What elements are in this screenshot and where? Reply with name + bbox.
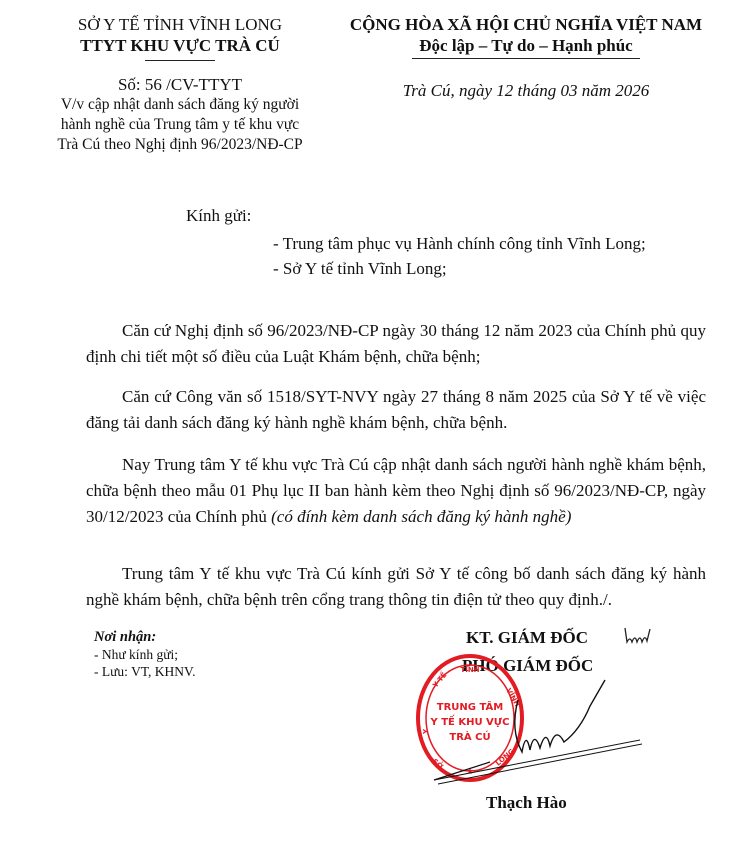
national-title: CỘNG HÒA XÃ HỘI CHỦ NGHĨA VIỆT NAM — [300, 14, 752, 35]
attachment-note: (có đính kèm danh sách đăng ký hành nghề… — [271, 507, 571, 526]
paragraph-update-notice: Nay Trung tâm Y tế khu vực Trà Cú cập nh… — [86, 452, 706, 530]
recipient-item: - Sở Y tế tỉnh Vĩnh Long; — [273, 256, 646, 281]
subject-line-2: hành nghề của Trung tâm y tế khu vực — [20, 115, 340, 135]
place-date: Trà Cú, ngày 12 tháng 03 năm 2026 — [300, 81, 752, 101]
signature-scribble-icon — [430, 660, 650, 790]
svg-text:Y: Y — [422, 728, 430, 735]
recipient-item: - Trung tâm phục vụ Hành chính công tỉnh… — [273, 231, 646, 256]
national-motto: Độc lập – Tự do – Hạnh phúc — [300, 35, 752, 56]
subject-line-1: V/v cập nhật danh sách đăng ký người — [20, 95, 340, 115]
paragraph-request: Trung tâm Y tế khu vực Trà Cú kính gửi S… — [86, 561, 706, 613]
distribution-item: - Như kính gửi; — [94, 646, 195, 663]
subject-line-3: Trà Cú theo Nghị định 96/2023/NĐ-CP — [20, 135, 340, 155]
paragraph-legal-basis-1: Căn cứ Nghị định số 96/2023/NĐ-CP ngày 3… — [86, 318, 706, 370]
document-number: Số: 56 /CV-TTYT — [20, 75, 340, 95]
initials-mark-icon — [622, 626, 656, 648]
distribution-item: - Lưu: VT, KHNV. — [94, 663, 195, 680]
agency-underline — [145, 60, 215, 61]
distribution-label: Nơi nhận: — [94, 629, 195, 646]
distribution-block: Nơi nhận: - Như kính gửi; - Lưu: VT, KHN… — [94, 629, 195, 680]
motto-underline — [412, 58, 640, 59]
paragraph-legal-basis-2: Căn cứ Công văn số 1518/SYT-NVY ngày 27 … — [86, 384, 706, 436]
signer-name: Thạch Hào — [486, 793, 567, 813]
recipients-label: Kính gửi: — [186, 203, 251, 229]
parent-agency: SỞ Y TẾ TỈNH VĨNH LONG — [20, 14, 340, 35]
agency-name: TTYT KHU VỰC TRÀ CÚ — [20, 35, 340, 56]
signature-title-1: KT. GIÁM ĐỐC — [466, 628, 706, 648]
national-header: CỘNG HÒA XÃ HỘI CHỦ NGHĨA VIỆT NAM Độc l… — [300, 14, 752, 101]
recipients-list: - Trung tâm phục vụ Hành chính công tỉnh… — [273, 231, 646, 281]
agency-header: SỞ Y TẾ TỈNH VĨNH LONG TTYT KHU VỰC TRÀ … — [20, 14, 340, 155]
